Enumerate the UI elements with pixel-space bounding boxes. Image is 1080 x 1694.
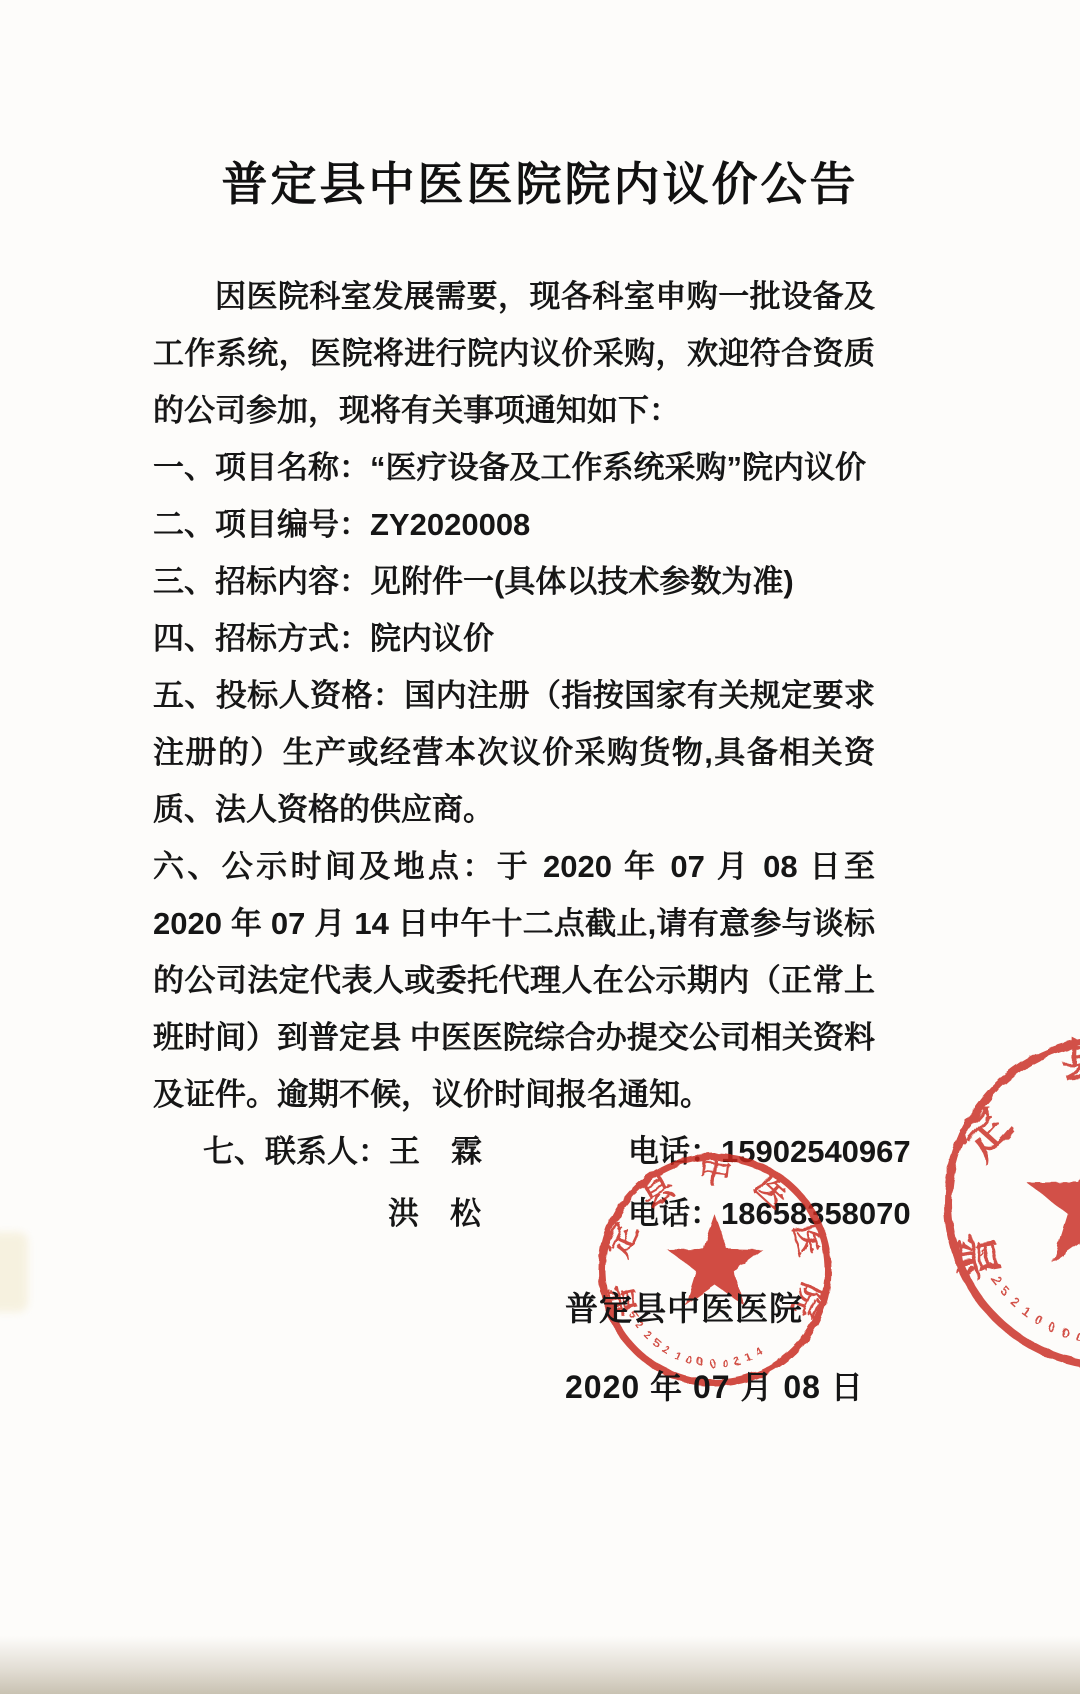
svg-text:5225210000214: 5225210000214 bbox=[975, 1247, 1080, 1348]
scan-artifact bbox=[0, 1232, 28, 1312]
contact-prefix: 七、联系人： bbox=[203, 1134, 389, 1169]
star-icon bbox=[1027, 1133, 1080, 1263]
official-seal-right: 普定县 5225210000214 bbox=[935, 1025, 1080, 1405]
document-page: 普定县中医医院院内议价公告 因医院科室发展需要，现各科室申购一批设备及工作系统，… bbox=[0, 0, 1080, 1694]
clause-item-5: 五、投标人资格：国内注册（指按国家有关规定要求注册的）生产或经营本次议价采购货物… bbox=[153, 667, 875, 838]
page-title: 普定县中医医院院内议价公告 bbox=[0, 148, 1080, 214]
clause-item-3: 三、招标内容：见附件一(具体以技术参数为准) bbox=[153, 553, 875, 610]
clause-item-2: 二、项目编号：ZY2020008 bbox=[153, 496, 875, 553]
signature-org: 普定县中医医院 bbox=[565, 1283, 864, 1330]
clause-item-6: 六、公示时间及地点：于 2020 年 07 月 08 日至 2020 年 07 … bbox=[153, 838, 875, 1123]
clause-item-4: 四、招标方式：院内议价 bbox=[153, 610, 875, 667]
scan-edge-shadow bbox=[0, 1636, 1080, 1694]
announcement-body: 因医院科室发展需要，现各科室申购一批设备及工作系统，医院将进行院内议价采购，欢迎… bbox=[153, 268, 875, 1243]
intro-paragraph: 因医院科室发展需要，现各科室申购一批设备及工作系统，医院将进行院内议价采购，欢迎… bbox=[153, 268, 875, 439]
contact-name: 王 霖 bbox=[389, 1134, 482, 1169]
signature-date: 2020 年 07 月 08 日 bbox=[565, 1362, 864, 1408]
contact-name: 洪 松 bbox=[388, 1185, 481, 1242]
clause-item-1: 一、项目名称：“医疗设备及工作系统采购”院内议价 bbox=[153, 439, 875, 496]
seal-serial: 5225210000214 bbox=[975, 1247, 1080, 1348]
signature-block: 普定县中医医院 2020 年 07 月 08 日 bbox=[565, 1283, 864, 1408]
